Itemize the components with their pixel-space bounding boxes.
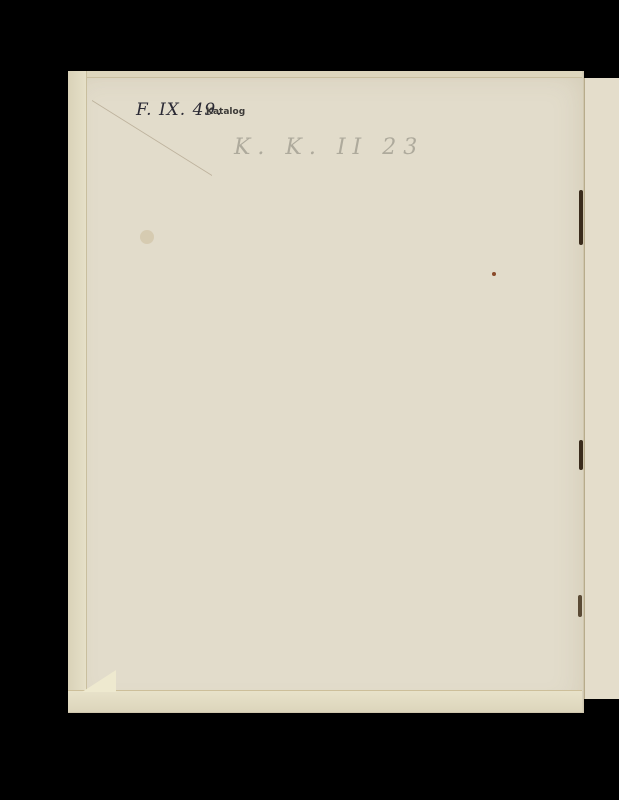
bottom-turn-in: [68, 690, 582, 712]
pencil-annotation: K. K. II 23: [234, 135, 424, 160]
binding-thread: [579, 190, 583, 245]
left-turn-in: [68, 71, 87, 711]
ink-spot: [492, 272, 496, 276]
binding-thread: [579, 440, 583, 470]
facing-page-edge: [584, 78, 619, 699]
catalog-stamp: Katalog: [206, 107, 245, 117]
foxing-stain: [140, 230, 154, 244]
binding-thread: [578, 595, 582, 617]
top-turn-in: [68, 71, 582, 78]
corner-fold: [82, 670, 116, 692]
